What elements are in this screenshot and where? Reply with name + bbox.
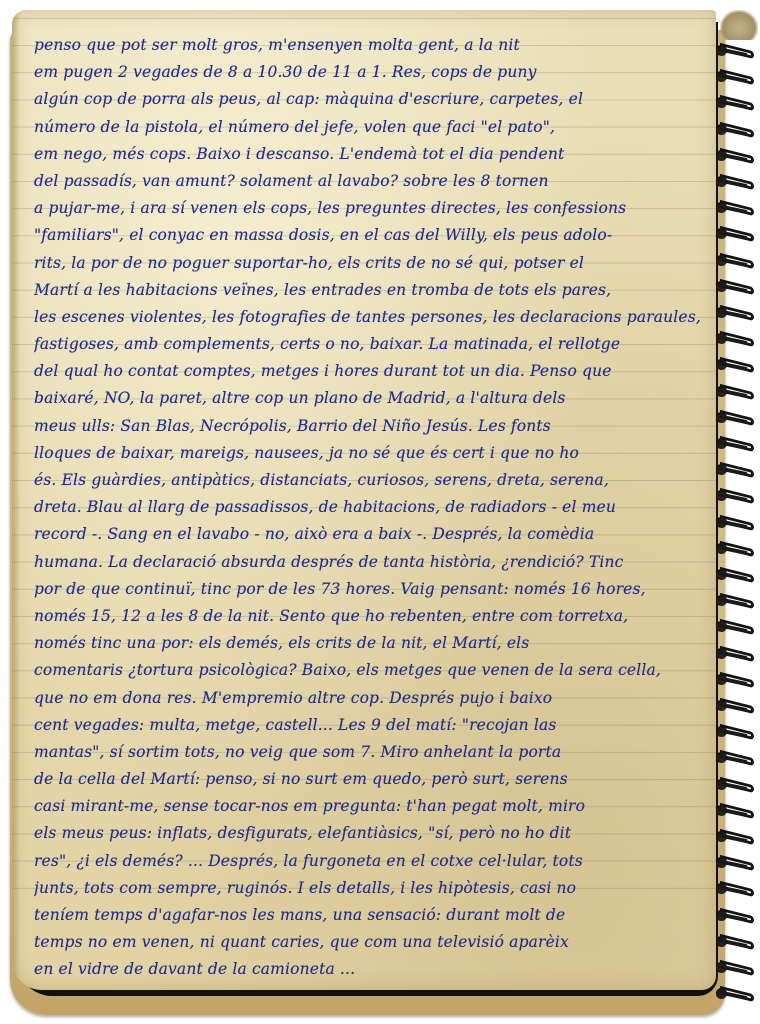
spiral-ring-icon [714,123,756,137]
spiral-ring-icon [714,227,756,241]
handwritten-line: número de la pistola, el número del jefe… [34,114,710,141]
spiral-ring-icon [714,594,756,608]
handwritten-text: penso que pot ser molt gros, m'ensenyen … [34,32,710,984]
spiral-ring-icon [714,699,756,713]
handwritten-line: por de que continuï, tinc por de les 73 … [34,576,710,603]
spiral-ring-icon [714,804,756,818]
handwritten-line: teníem temps d'agafar-nos les mans, una … [34,902,710,929]
spiral-ring-icon [714,935,756,949]
spiral-ring-icon [714,385,756,399]
handwritten-line: "familiars", el conyac en massa dosis, e… [34,222,710,249]
spiral-ring-icon [714,463,756,477]
handwritten-line: rits, la por de no poguer suportar-ho, e… [34,250,710,277]
handwritten-line: que no em dona res. M'empremio altre cop… [34,685,710,712]
spiral-ring-icon [714,332,756,346]
spiral-ring-icon [714,254,756,268]
spiral-ring-icon [714,280,756,294]
handwritten-line: casi mirant-me, sense tocar-nos em pregu… [34,793,710,820]
handwritten-line: cent vegades: multa, metge, castell... L… [34,712,710,739]
spiral-ring-icon [714,725,756,739]
handwritten-line: em nego, més cops. Baixo i descanso. L'e… [34,141,710,168]
handwritten-line: només 15, 12 a les 8 de la nit. Sento qu… [34,603,710,630]
handwritten-line: penso que pot ser molt gros, m'ensenyen … [34,32,710,59]
spiral-ring-icon [714,673,756,687]
handwritten-line: em pugen 2 vegades de 8 a 10.30 de 11 a … [34,59,710,86]
spiral-ring-icon [714,856,756,870]
handwritten-line: dreta. Blau al llarg de passadissos, de … [34,494,710,521]
spiral-ring-icon [714,778,756,792]
handwritten-line: del passadís, van amunt? solament al lav… [34,168,710,195]
spiral-ring-icon [714,568,756,582]
spiral-ring-icon [714,175,756,189]
spiral-ring-icon [714,437,756,451]
spiral-ring-icon [714,830,756,844]
handwritten-line: algún cop de porra als peus, al cap: màq… [34,86,710,113]
spiral-ring-icon [714,542,756,556]
spiral-ring-icon [714,751,756,765]
handwritten-line: temps no em venen, ni quant caries, que … [34,929,710,956]
handwritten-line: del qual ho contat comptes, metges i hor… [34,358,710,385]
handwritten-line: baixaré, NO, la paret, altre cop un plan… [34,385,710,412]
spiral-ring-icon [714,96,756,110]
handwritten-line: lloques de baixar, mareigs, nausees, ja … [34,440,710,467]
spiral-ring-icon [714,358,756,372]
handwritten-line: junts, tots com sempre, ruginós. I els d… [34,875,710,902]
handwritten-line: res", ¿i els demés? ... Després, la furg… [34,848,710,875]
handwritten-line: mantas", sí sortim tots, no veig que som… [34,739,710,766]
spiral-ring-icon [714,489,756,503]
handwritten-line: en el vidre de davant de la camioneta ..… [34,956,710,983]
spiral-binding [710,0,760,1000]
spiral-ring-icon [714,149,756,163]
spiral-ring-icon [714,987,756,1001]
spiral-ring-icon [714,70,756,84]
spiral-ring-icon [714,201,756,215]
spiral-ring-icon [714,882,756,896]
spiral-ring-icon [714,647,756,661]
handwritten-line: record -. Sang en el lavabo - no, això e… [34,521,710,548]
spiral-ring-icon [714,411,756,425]
handwritten-line: fastigoses, amb complements, certs o no,… [34,331,710,358]
spiral-ring-icon [714,44,756,58]
spiral-ring-icon [714,620,756,634]
handwritten-line: de la cella del Martí: penso, si no surt… [34,766,710,793]
spiral-ring-icon [714,516,756,530]
notebook-scan: penso que pot ser molt gros, m'ensenyen … [0,0,760,1024]
handwritten-line: comentaris ¿tortura psicològica? Baixo, … [34,657,710,684]
spiral-ring-icon [714,961,756,975]
handwritten-line: Martí a les habitacions veïnes, les entr… [34,277,710,304]
handwritten-line: a pujar-me, i ara sí venen els cops, les… [34,195,710,222]
handwritten-line: humana. La declaració absurda després de… [34,549,710,576]
handwritten-line: és. Els guàrdies, antipàtics, distanciat… [34,467,710,494]
handwritten-line: els meus peus: inflats, desfigurats, ele… [34,820,710,847]
notebook-page: penso que pot ser molt gros, m'ensenyen … [12,10,716,990]
handwritten-line: només tinc una por: els demés, els crits… [34,630,710,657]
spiral-ring-icon [714,306,756,320]
handwritten-line: meus ulls: San Blas, Necrópolis, Barrio … [34,413,710,440]
handwritten-line: les escenes violentes, les fotografies d… [34,304,710,331]
spiral-ring-icon [714,909,756,923]
